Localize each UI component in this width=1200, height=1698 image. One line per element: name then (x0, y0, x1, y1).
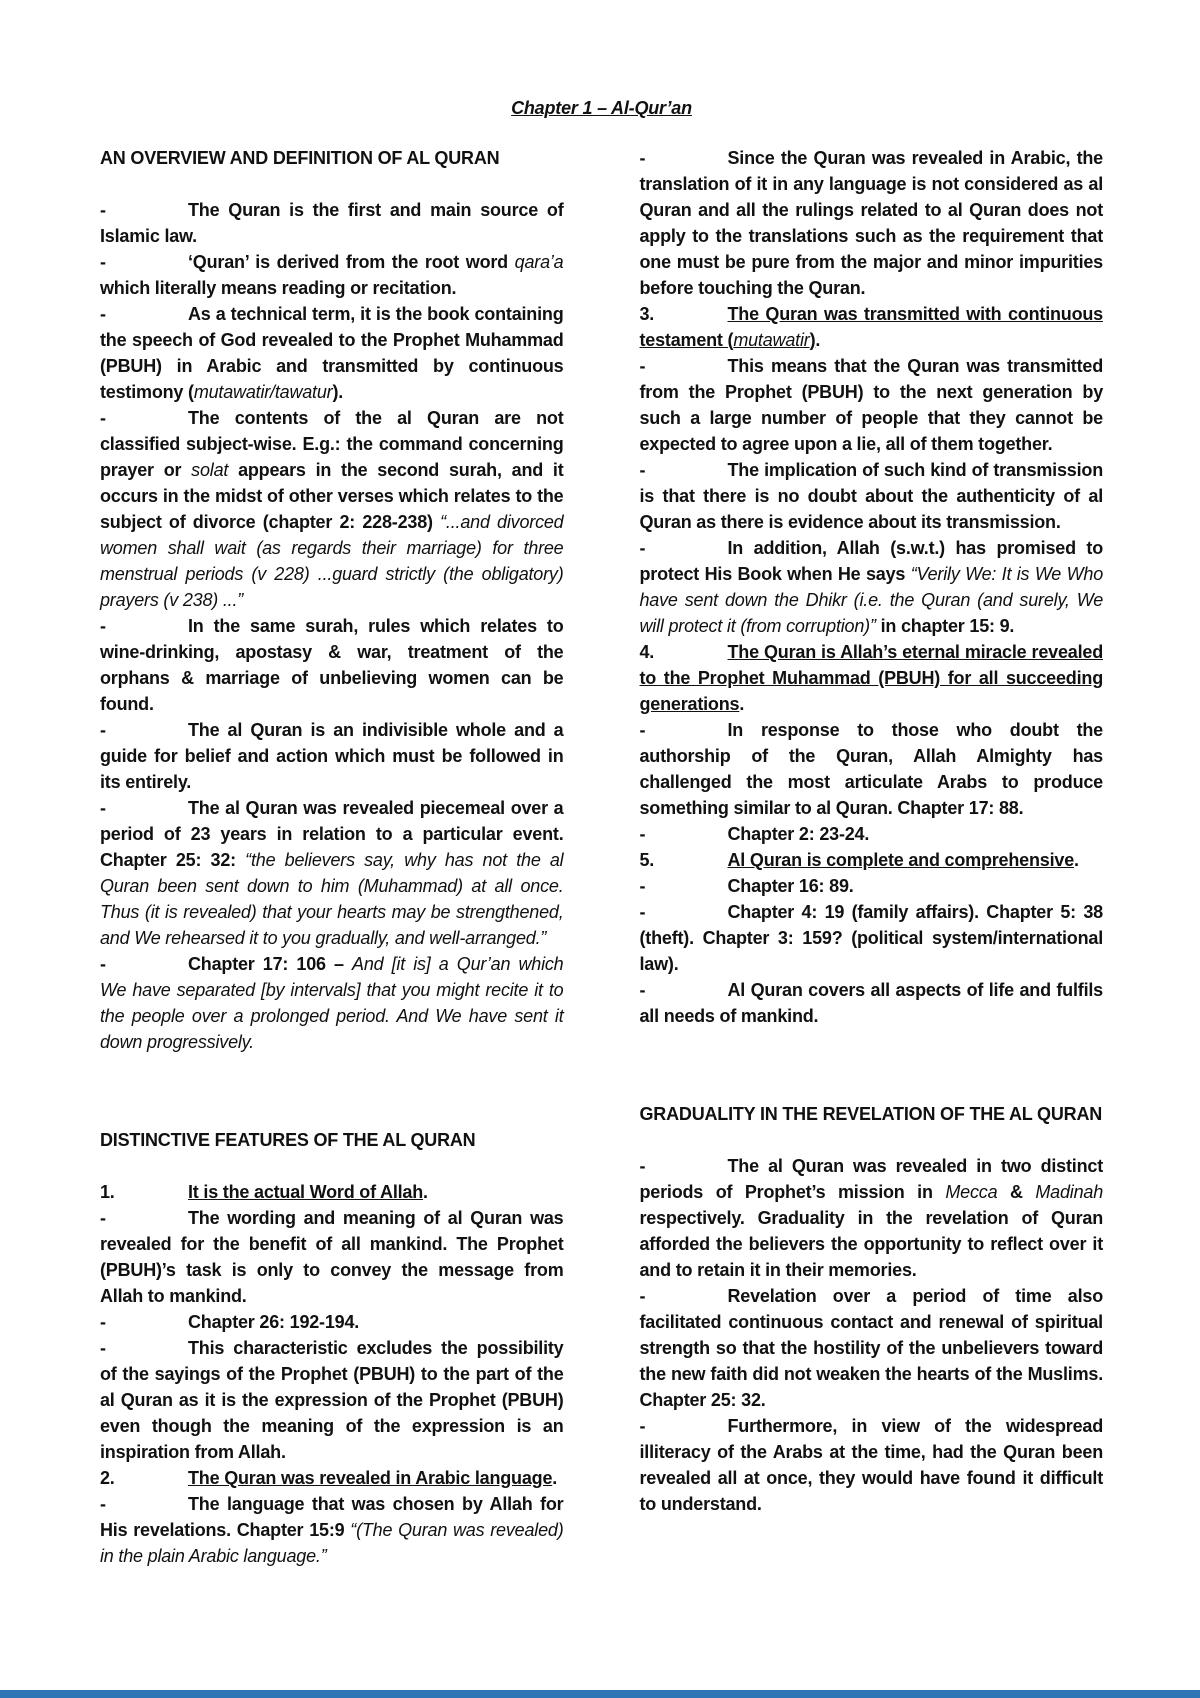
two-column-layout: AN OVERVIEW AND DEFINITION OF AL QURAN-T… (100, 145, 1103, 1569)
paragraph: -As a technical term, it is the book con… (100, 301, 564, 405)
text-segment: Chapter 16: 89. (728, 876, 854, 896)
text-segment: The Quran was revealed in Arabic languag… (188, 1468, 552, 1488)
list-marker: 3. (640, 301, 728, 327)
section-heading: DISTINCTIVE FEATURES OF THE AL QURAN (100, 1127, 564, 1153)
paragraph: -Since the Quran was revealed in Arabic,… (640, 145, 1104, 301)
column-left: AN OVERVIEW AND DEFINITION OF AL QURAN-T… (100, 145, 564, 1569)
text-segment: . (815, 330, 820, 350)
list-marker: - (100, 301, 188, 327)
paragraph: -Furthermore, in view of the widespread … (640, 1413, 1104, 1517)
list-marker: 5. (640, 847, 728, 873)
paragraph: -The contents of the al Quran are not cl… (100, 405, 564, 613)
paragraph: -The al Quran is an indivisible whole an… (100, 717, 564, 795)
text-segment: ‘Quran’ is derived from the root word (188, 252, 515, 272)
paragraph: 4.The Quran is Allah’s eternal miracle r… (640, 639, 1104, 717)
list-marker: - (100, 1309, 188, 1335)
paragraph: 1.It is the actual Word of Allah. (100, 1179, 564, 1205)
list-marker: 2. (100, 1465, 188, 1491)
paragraph: -The implication of such kind of transmi… (640, 457, 1104, 535)
list-marker: - (640, 353, 728, 379)
text-segment: Chapter 26: 192-194. (188, 1312, 359, 1332)
paragraph: -Chapter 16: 89. (640, 873, 1104, 899)
paragraph: -This means that the Quran was transmitt… (640, 353, 1104, 457)
text-segment: Al Quran is complete and comprehensive (728, 850, 1075, 870)
paragraph: -In response to those who doubt the auth… (640, 717, 1104, 821)
list-marker: - (100, 1205, 188, 1231)
list-marker: - (100, 1335, 188, 1361)
paragraph: -The wording and meaning of al Quran was… (100, 1205, 564, 1309)
list-marker: - (640, 717, 728, 743)
text-segment: which literally means reading or recitat… (100, 278, 456, 298)
paragraph: 2.The Quran was revealed in Arabic langu… (100, 1465, 564, 1491)
list-marker: 1. (100, 1179, 188, 1205)
list-marker: - (640, 457, 728, 483)
column-right: -Since the Quran was revealed in Arabic,… (640, 145, 1104, 1517)
section-heading: GRADUALITY IN THE REVELATION OF THE AL Q… (640, 1101, 1104, 1127)
paragraph: 3.The Quran was transmitted with continu… (640, 301, 1104, 353)
list-marker: - (640, 1153, 728, 1179)
list-marker: - (100, 197, 188, 223)
paragraph: -Al Quran covers all aspects of life and… (640, 977, 1104, 1029)
list-marker: - (100, 951, 188, 977)
text-segment: . (739, 694, 744, 714)
list-marker: - (100, 613, 188, 639)
text-segment: . (423, 1182, 428, 1202)
paragraph: -The Quran is the first and main source … (100, 197, 564, 249)
paragraph: -Chapter 4: 19 (family affairs). Chapter… (640, 899, 1104, 977)
paragraph: -The language that was chosen by Allah f… (100, 1491, 564, 1569)
section-heading: AN OVERVIEW AND DEFINITION OF AL QURAN (100, 145, 564, 171)
list-marker: - (640, 873, 728, 899)
list-marker: - (640, 899, 728, 925)
list-marker: - (640, 145, 728, 171)
paragraph: -The al Quran was revealed in two distin… (640, 1153, 1104, 1283)
list-marker: - (640, 1283, 728, 1309)
text-segment: Chapter 2: 23-24. (728, 824, 870, 844)
document-page: Chapter 1 – Al-Qur’an AN OVERVIEW AND DE… (0, 0, 1200, 1569)
text-segment: . (1074, 850, 1079, 870)
list-marker: 4. (640, 639, 728, 665)
paragraph: -In the same surah, rules which relates … (100, 613, 564, 717)
text-segment: mutawatir (733, 330, 809, 350)
paragraph: -In addition, Allah (s.w.t.) has promise… (640, 535, 1104, 639)
list-marker: - (100, 795, 188, 821)
paragraph: -Chapter 2: 23-24. (640, 821, 1104, 847)
list-marker: - (640, 821, 728, 847)
text-segment: Madinah (1035, 1182, 1103, 1202)
paragraph: 5.Al Quran is complete and comprehensive… (640, 847, 1104, 873)
text-segment: ). (332, 382, 343, 402)
paragraph: -‘Quran’ is derived from the root word q… (100, 249, 564, 301)
text-segment: respectively. Graduality in the revelati… (640, 1208, 1104, 1280)
paragraph: -This characteristic excludes the possib… (100, 1335, 564, 1465)
text-segment: It is the actual Word of Allah (188, 1182, 423, 1202)
list-marker: - (100, 249, 188, 275)
text-segment: qara’a (515, 252, 564, 272)
text-segment: mutawatir/tawatur (194, 382, 333, 402)
text-segment: . (552, 1468, 557, 1488)
paragraph: -Chapter 17: 106 – And [it is] a Qur’an … (100, 951, 564, 1055)
text-segment: solat (191, 460, 228, 480)
paragraph: -The al Quran was revealed piecemeal ove… (100, 795, 564, 951)
page-title: Chapter 1 – Al-Qur’an (100, 95, 1103, 121)
text-segment: Mecca (945, 1182, 997, 1202)
text-segment: in chapter 15: 9. (876, 616, 1014, 636)
list-marker: - (100, 405, 188, 431)
list-marker: - (640, 977, 728, 1003)
list-marker: - (100, 1491, 188, 1517)
text-segment: Since the Quran was revealed in Arabic, … (640, 148, 1104, 298)
paragraph: -Chapter 26: 192-194. (100, 1309, 564, 1335)
footer-accent-bar (0, 1690, 1200, 1698)
list-marker: - (100, 717, 188, 743)
list-marker: - (640, 535, 728, 561)
paragraph: -Revelation over a period of time also f… (640, 1283, 1104, 1413)
text-segment: & (997, 1182, 1035, 1202)
text-segment: Chapter 17: 106 – (188, 954, 352, 974)
list-marker: - (640, 1413, 728, 1439)
